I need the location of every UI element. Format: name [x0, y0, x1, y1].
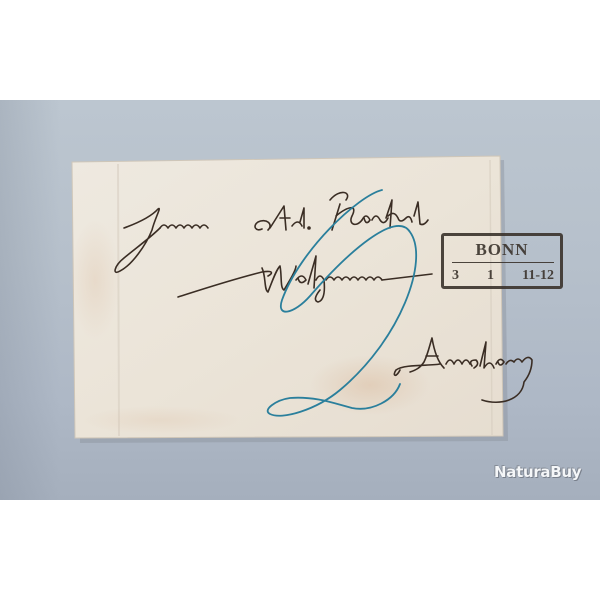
postmark-day: 3: [452, 268, 459, 284]
postmark-month: 1: [487, 268, 494, 284]
postmark-divider: [452, 262, 554, 263]
photo-background: BONN 3 1 11-12: [0, 100, 600, 500]
postmark-stamp: BONN 3 1 11-12: [441, 233, 563, 289]
letter-cover: [0, 100, 600, 500]
postmark-city: BONN: [444, 240, 560, 260]
postmark-time: 11-12: [522, 268, 554, 284]
postmark-date: 3 1 11-12: [452, 268, 554, 284]
naturabuy-watermark: NaturaBuy: [494, 463, 581, 481]
